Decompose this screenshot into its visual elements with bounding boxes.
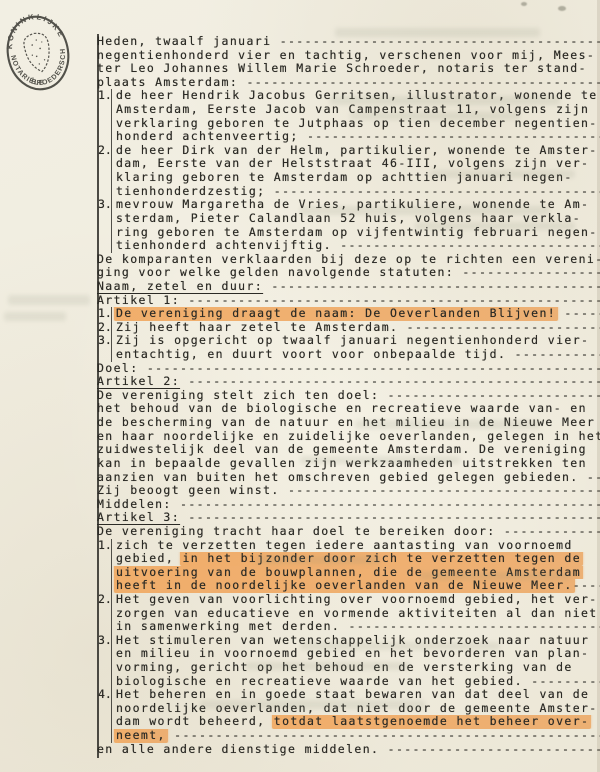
line-text: Zij beoogt geen winst. -----------------… xyxy=(97,484,600,498)
document-line: aanzien van buiten het omschreven gebied… xyxy=(97,471,600,485)
bleed-through-smudge xyxy=(350,112,520,120)
text-segment: dam wordt beheerd, xyxy=(116,715,274,728)
text-segment xyxy=(139,362,147,375)
ink-fleck xyxy=(521,2,527,6)
dash-filler: ----------------------------------------… xyxy=(288,484,600,497)
document-line: 1.De vereniging draagt de naam: De Oever… xyxy=(97,307,600,321)
list-item-number: 4. xyxy=(98,688,112,702)
document-line: Doel: ----------------------------------… xyxy=(97,362,600,376)
line-text: Artikel 2: -----------------------------… xyxy=(97,375,600,389)
document-line: Zij beoogt geen winst. -----------------… xyxy=(97,484,600,498)
dash-filler: ----------------------------------------… xyxy=(388,389,600,402)
bleed-through-smudge xyxy=(420,572,570,580)
text-segment: in samenwerking met derden. xyxy=(116,620,349,633)
list-gutter-rule xyxy=(111,117,112,131)
bleed-through-smudge xyxy=(8,295,90,305)
document-line: honderd achtenveertig; -----------------… xyxy=(97,130,600,144)
list-item-number: 3. xyxy=(98,634,112,648)
document-line: Artikel 3: -----------------------------… xyxy=(97,511,600,525)
bleed-through-smudge xyxy=(4,312,66,321)
ink-fleck xyxy=(558,6,566,11)
line-text: in samenwerking met derden. ------------… xyxy=(116,620,600,634)
line-text: en alle andere dienstige middelen. -----… xyxy=(97,743,600,757)
underlined-heading: Artikel 1: xyxy=(97,294,180,307)
notary-guild-stamp: KONINKLIJKE NOTARIËLE BROEDERSCHAP xyxy=(0,5,100,115)
line-text: tienhonderdzestig; ---------------------… xyxy=(116,185,600,199)
list-gutter-rule xyxy=(111,212,112,226)
dash-filler: ----------------------------------------… xyxy=(388,743,600,756)
stamp-shield-icon xyxy=(22,31,54,74)
list-gutter-rule xyxy=(111,647,112,661)
bleed-through-smudge xyxy=(300,456,460,464)
text-segment: de heer Dirk van der Helm, partikulier, … xyxy=(116,144,598,157)
text-segment: Zij is opgericht op twaalf januari negen… xyxy=(116,334,589,347)
list-item-number: 2. xyxy=(98,593,112,607)
dash-filler: ----------------------------------------… xyxy=(531,675,600,688)
dash-filler: ----------------------------------------… xyxy=(271,280,600,293)
list-item-number: 1. xyxy=(98,539,112,553)
text-segment: tienhonderdzestig; xyxy=(116,185,274,198)
document-line: Naam, zetel en duur: -------------------… xyxy=(97,280,600,294)
document-line: en haar noordelijke en zuidelijke oeverl… xyxy=(97,430,600,444)
text-segment: zuidwestelijk deel van de gemeente Amste… xyxy=(97,443,587,456)
list-gutter-rule xyxy=(111,130,112,144)
dash-filler: ----------------------------------------… xyxy=(174,729,600,742)
document-line: tienhonderdzestig; ---------------------… xyxy=(97,185,600,199)
dash-filler: ----------------------------------------… xyxy=(147,362,600,375)
line-text: zich te verzetten tegen iedere aantastin… xyxy=(116,539,600,553)
document-line: zorgen van educatieve en vormende aktivi… xyxy=(97,607,600,621)
line-text: de heer Dirk van der Helm, partikulier, … xyxy=(116,144,600,158)
dash-filler: ----------------------------------------… xyxy=(515,348,600,361)
document-line: verklaring geboren te Jutphaas op tien d… xyxy=(97,117,600,131)
list-item-number: 2. xyxy=(98,144,112,158)
line-text: negentienhonderd vier en tachtig, versch… xyxy=(97,49,600,63)
line-text: Doel: ----------------------------------… xyxy=(97,362,600,376)
bleed-through-smudge xyxy=(300,206,550,215)
document-line: dam wordt beheerd, totdat laatstgenoemde… xyxy=(97,715,600,729)
line-text: zuidwestelijk deel van de gemeente Amste… xyxy=(97,443,600,457)
list-gutter-rule xyxy=(111,579,112,593)
list-gutter-rule xyxy=(111,171,112,185)
underlined-heading: Middelen: xyxy=(97,498,172,511)
bleed-through-smudge xyxy=(335,28,540,37)
line-text: Naam, zetel en duur: -------------------… xyxy=(97,280,600,294)
document-line: De komparanten verklaarden bij deze op t… xyxy=(97,253,600,267)
document-line: neemt, ---------------------------------… xyxy=(97,729,600,743)
list-item-number: 3. xyxy=(98,198,112,212)
list-gutter-rule xyxy=(111,702,112,716)
text-segment: en alle andere dienstige middelen. xyxy=(97,743,388,756)
list-gutter-rule xyxy=(111,620,112,634)
dash-filler: ----------------------------------------… xyxy=(307,130,600,143)
line-text: aanzien van buiten het omschreven gebied… xyxy=(97,471,600,485)
line-text: ter Leo Johannes Willem Marie Schroeder,… xyxy=(97,62,600,76)
dash-filler: ----------------------------------------… xyxy=(246,76,600,89)
text-segment: Zij heeft haar zetel te Amsterdam. xyxy=(116,321,407,334)
line-text: Zij heeft haar zetel te Amsterdam. -----… xyxy=(116,321,600,335)
document-line: 2.de heer Dirk van der Helm, partikulier… xyxy=(97,144,600,158)
line-text: Middelen: ------------------------------… xyxy=(97,498,600,512)
dash-filler: ----------------------------------------… xyxy=(340,239,600,252)
dash-filler: ----------------------------------------… xyxy=(188,375,600,388)
text-segment: ging voor welke gelden navolgende statut… xyxy=(97,266,462,279)
document-line: 3.Zij is opgericht op twaalf januari neg… xyxy=(97,334,600,348)
list-gutter-rule xyxy=(111,566,112,580)
document-line: De vereniging tracht haar doel te bereik… xyxy=(97,525,600,539)
text-segment: Het geven van voorlichting over voornoem… xyxy=(116,593,598,606)
line-text: Artikel 1: -----------------------------… xyxy=(97,294,600,308)
document-line: Artikel 1: -----------------------------… xyxy=(97,294,600,308)
list-gutter-rule xyxy=(111,185,112,199)
bleed-through-smudge xyxy=(255,556,380,564)
highlighted-text: De vereniging draagt de naam: De Oeverla… xyxy=(114,307,558,321)
document-line: 2.Het geven van voorlichting over voorno… xyxy=(97,593,600,607)
text-segment: De vereniging tracht haar doel te bereik… xyxy=(97,525,504,538)
list-gutter-rule xyxy=(111,715,112,729)
list-gutter-rule xyxy=(111,157,112,171)
document-line: zuidwestelijk deel van de gemeente Amste… xyxy=(97,443,600,457)
text-segment xyxy=(166,729,174,742)
underlined-heading: Artikel 3: xyxy=(97,511,180,524)
list-gutter-rule xyxy=(111,552,112,566)
line-text: ging voor welke gelden navolgende statut… xyxy=(97,266,600,280)
line-text: De vereniging tracht haar doel te bereik… xyxy=(97,525,600,539)
list-item-number: 3. xyxy=(98,334,112,348)
line-text: Zij is opgericht op twaalf januari negen… xyxy=(116,334,600,348)
line-text: De komparanten verklaarden bij deze op t… xyxy=(97,253,600,267)
bleed-through-smudge xyxy=(415,222,575,230)
bleed-through-smudge xyxy=(355,420,540,429)
highlighted-text: in het bijzonder door zich te verzetten … xyxy=(180,552,583,566)
document-line: Amsterdam, Eerste Jacob van Campenstraat… xyxy=(97,103,600,117)
text-segment: ter Leo Johannes Willem Marie Schroeder,… xyxy=(97,62,587,75)
highlighted-text: heeft in de noordelijke oeverlanden van … xyxy=(114,579,575,593)
list-gutter-rule xyxy=(111,103,112,117)
bleed-through-smudge xyxy=(330,96,560,105)
text-segment: De vereniging stelt zich ten doel: xyxy=(97,389,388,402)
bleed-through-smudge xyxy=(200,700,425,709)
scanned-notarial-deed-page: KONINKLIJKE NOTARIËLE BROEDERSCHAP Heden… xyxy=(0,0,600,772)
dash-filler: ----------------------------------------… xyxy=(180,498,600,511)
line-text: heeft in de noordelijke oeverlanden van … xyxy=(116,579,600,593)
dash-filler: ----------------------------------------… xyxy=(188,511,600,524)
list-gutter-rule xyxy=(111,661,112,675)
document-line: 2.Zij heeft haar zetel te Amsterdam. ---… xyxy=(97,321,600,335)
list-gutter-rule xyxy=(111,239,112,253)
document-line: De vereniging stelt zich ten doel: -----… xyxy=(97,389,600,403)
document-line: 1.zich te verzetten tegen iedere aantast… xyxy=(97,539,600,553)
line-text: en haar noordelijke en zuidelijke oeverl… xyxy=(97,430,600,444)
text-segment: gebied, xyxy=(116,552,182,565)
underlined-heading: Naam, zetel en duur: xyxy=(97,280,263,293)
dash-filler: ----------------------------------------… xyxy=(407,321,600,334)
list-item-number: 2. xyxy=(98,321,112,335)
svg-text:KONINKLIJKE: KONINKLIJKE xyxy=(0,6,67,51)
line-text: De vereniging draagt de naam: De Oeverla… xyxy=(116,307,600,321)
line-text: plaats Amsterdam: ----------------------… xyxy=(97,76,600,90)
text-segment: biologische en recreatieve waarde van he… xyxy=(116,675,531,688)
line-text: neemt, ---------------------------------… xyxy=(116,729,600,743)
list-gutter-rule xyxy=(111,729,112,743)
document-line: Heden, twaalf januari ------------------… xyxy=(97,35,600,49)
highlighted-text: neemt, xyxy=(114,729,168,743)
text-segment: Heden, twaalf januari xyxy=(97,35,280,48)
list-item-number: 1. xyxy=(98,307,112,321)
stamp-text-koninklijke: KONINKLIJKE xyxy=(0,6,67,51)
text-segment: entachtig, en duurt voort voor onbepaald… xyxy=(116,348,515,361)
text-segment: Zij beoogt geen winst. xyxy=(97,484,288,497)
text-segment: aanzien van buiten het omschreven gebied… xyxy=(97,471,587,484)
text-segment xyxy=(172,498,180,511)
text-segment: dam, Eerste van der Helststraat 46-III, … xyxy=(116,157,589,170)
dash-filler: ----------------------------------------… xyxy=(349,620,600,633)
list-gutter-rule xyxy=(111,348,112,362)
dash-filler: ----------------------------------------… xyxy=(188,294,600,307)
document-line: plaats Amsterdam: ----------------------… xyxy=(97,76,600,90)
text-segment: negentienhonderd vier en tachtig, versch… xyxy=(97,49,595,62)
dash-filler: ----------------------------------------… xyxy=(274,185,600,198)
line-text: zorgen van educatieve en vormende aktivi… xyxy=(116,607,600,621)
text-segment: zorgen van educatieve en vormende aktivi… xyxy=(116,607,598,620)
text-segment: honderd achtenveertig; xyxy=(116,130,307,143)
highlighted-text: totdat laatstgenoemde het beheer over- xyxy=(272,715,592,729)
line-text: Artikel 3: -----------------------------… xyxy=(97,511,600,525)
text-segment: en haar noordelijke en zuidelijke oeverl… xyxy=(97,430,600,443)
document-line: in samenwerking met derden. ------------… xyxy=(97,620,600,634)
document-line: biologische en recreatieve waarde van he… xyxy=(97,675,600,689)
document-line: ter Leo Johannes Willem Marie Schroeder,… xyxy=(97,62,600,76)
text-segment: plaats Amsterdam: xyxy=(97,76,246,89)
document-line: het behoud van de biologische en recreat… xyxy=(97,402,600,416)
line-text: biologische en recreatieve waarde van he… xyxy=(116,675,600,689)
line-text: het behoud van de biologische en recreat… xyxy=(97,402,600,416)
line-text: Heden, twaalf januari ------------------… xyxy=(97,35,600,49)
line-text: entachtig, en duurt voort voor onbepaald… xyxy=(116,348,600,362)
underlined-heading: Doel: xyxy=(97,362,139,375)
document-line: entachtig, en duurt voort voor onbepaald… xyxy=(97,348,600,362)
text-segment: De komparanten verklaarden bij deze op t… xyxy=(97,253,600,266)
stamp-shield-speckles xyxy=(29,38,47,66)
document-line: tienhonderd achtenvijftig. -------------… xyxy=(97,239,600,253)
line-text: Het geven van voorlichting over voornoem… xyxy=(116,593,600,607)
document-line: en alle andere dienstige middelen. -----… xyxy=(97,743,600,757)
bleed-through-smudge xyxy=(300,642,500,650)
dash-filler: ----------------------------------------… xyxy=(573,579,600,592)
text-segment: tienhonderd achtenvijftig. xyxy=(116,239,340,252)
document-line: ging voor welke gelden navolgende statut… xyxy=(97,266,600,280)
underlined-heading: Artikel 2: xyxy=(97,375,180,388)
line-text: De vereniging stelt zich ten doel: -----… xyxy=(97,389,600,403)
bleed-through-smudge xyxy=(430,170,575,178)
line-text: honderd achtenveertig; -----------------… xyxy=(116,130,600,144)
document-line: Middelen: ------------------------------… xyxy=(97,498,600,512)
bleed-through-smudge xyxy=(245,662,410,670)
list-item-number: 1. xyxy=(98,89,112,103)
dash-filler: ----------------------------------------… xyxy=(504,525,600,538)
document-line: Artikel 2: -----------------------------… xyxy=(97,375,600,389)
text-segment: het behoud van de biologische en recreat… xyxy=(97,402,587,415)
dash-filler: ----------------------------------------… xyxy=(564,307,600,320)
document-line: negentienhonderd vier en tachtig, versch… xyxy=(97,49,600,63)
list-gutter-rule xyxy=(111,226,112,240)
document-line: heeft in de noordelijke oeverlanden van … xyxy=(97,579,600,593)
line-text: tienhonderd achtenvijftig. -------------… xyxy=(116,239,600,253)
list-gutter-rule xyxy=(111,675,112,689)
dash-filler: ----------------------------------------… xyxy=(462,266,600,279)
list-gutter-rule xyxy=(111,607,112,621)
text-segment: zich te verzetten tegen iedere aantastin… xyxy=(116,539,573,552)
line-text: dam wordt beheerd, totdat laatstgenoemde… xyxy=(116,715,600,729)
